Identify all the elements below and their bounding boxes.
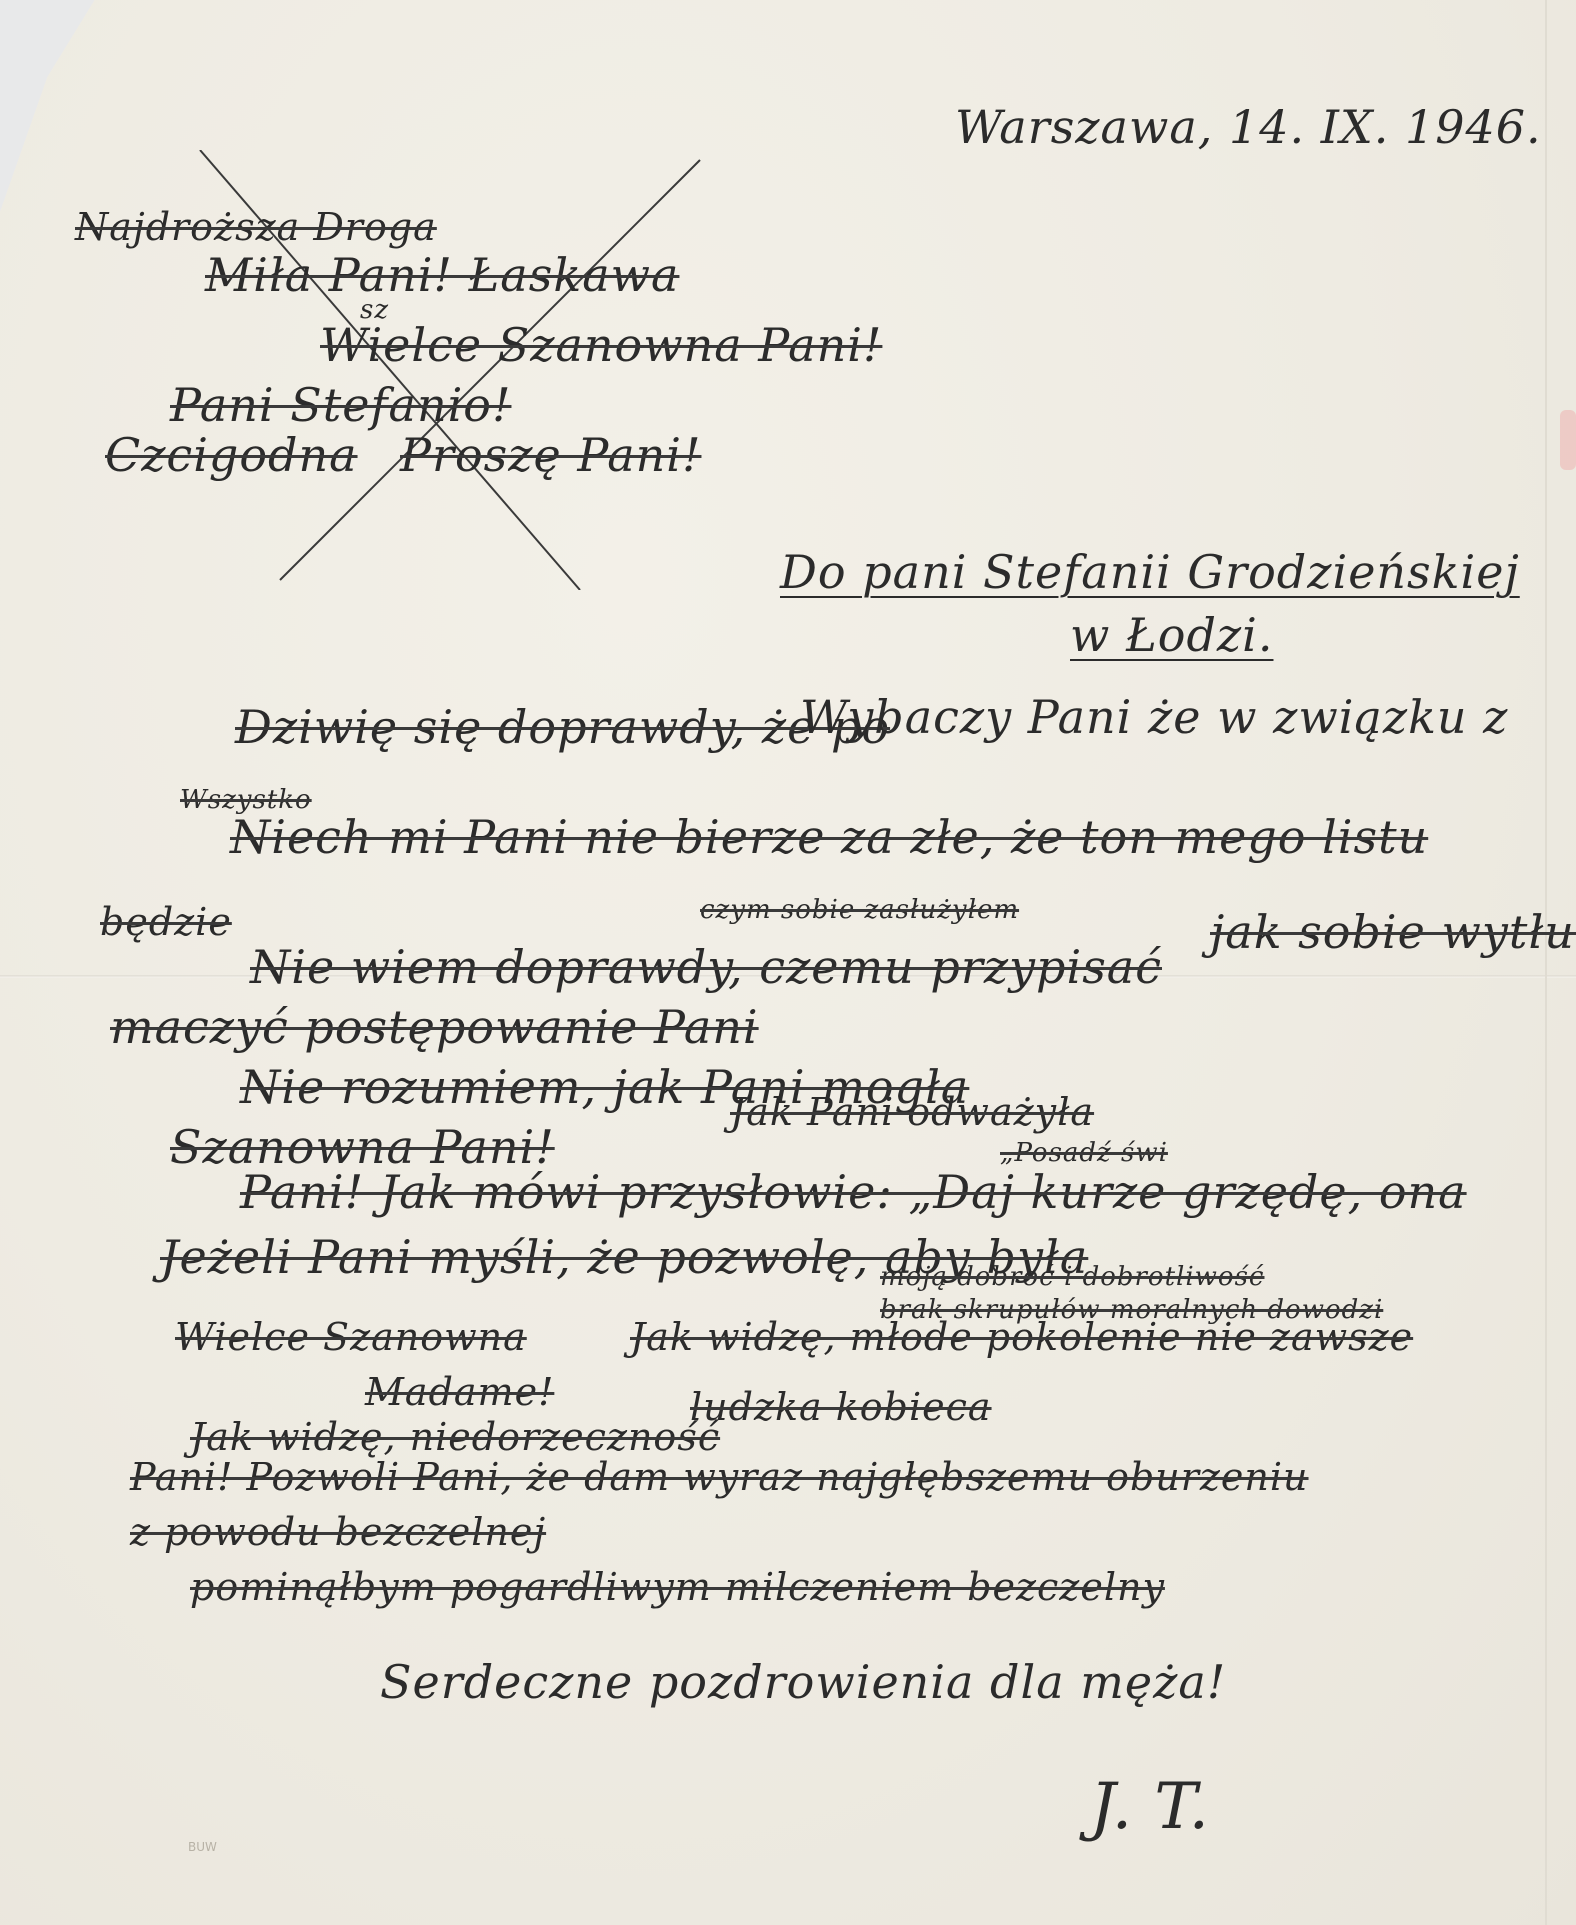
salutation-crossed: Miła Pani! Łaskawa bbox=[205, 248, 679, 302]
body-line: Nie wiem doprawdy, czemu przypisać bbox=[250, 940, 1162, 994]
body-line: Jak widzę, niedorzeczność bbox=[190, 1415, 720, 1459]
address-line-2: w Łodzi. bbox=[1070, 608, 1273, 662]
body-line: pominąłbym pogardliwym milczeniem bezcze… bbox=[190, 1565, 1165, 1609]
salutation-crossed: Najdroższa Droga bbox=[75, 205, 437, 249]
body-line: moją dobroć i dobrotliwość bbox=[880, 1262, 1264, 1292]
body-line: Jak Pani odważyła bbox=[730, 1090, 1094, 1134]
body-line: Dziwię się doprawdy, że po bbox=[235, 700, 890, 754]
salutation-crossed: Pani Stefanio! bbox=[170, 378, 511, 432]
salutation-crossed: Wielce Szanowna Pani! bbox=[320, 318, 882, 372]
stain-mark bbox=[1560, 410, 1576, 470]
signature: J. T. bbox=[1090, 1770, 1210, 1844]
body-line: Madame! bbox=[365, 1370, 554, 1414]
body-line: maczyć postępowanie Pani bbox=[110, 1000, 759, 1054]
body-line: Pani! Pozwoli Pani, że dam wyraz najgłęb… bbox=[130, 1455, 1309, 1499]
closing-greeting: Serdeczne pozdrowienia dla męża! bbox=[380, 1655, 1226, 1709]
body-line: jak sobie wytłu- bbox=[1210, 905, 1576, 959]
salutation-crossed: Czcigodna bbox=[105, 428, 358, 482]
body-line: będzie bbox=[100, 900, 232, 944]
body-line: czym sobie zasłużyłem bbox=[700, 895, 1019, 925]
body-line: ludzka kobieca bbox=[690, 1385, 992, 1429]
body-line: „Posadź świ bbox=[1000, 1138, 1168, 1168]
salutation-crossed: Proszę Pani! bbox=[400, 428, 701, 482]
vertical-fold-line bbox=[1545, 0, 1547, 1925]
body-line: Wybaczy Pani że w związku z bbox=[800, 690, 1508, 744]
body-line: Pani! Jak mówi przysłowie: „Daj kurze gr… bbox=[240, 1165, 1467, 1219]
body-line: Niech mi Pani nie bierze za złe, że ton … bbox=[230, 810, 1428, 864]
place-date: Warszawa, 14. IX. 1946. bbox=[955, 100, 1542, 154]
body-line: z powodu bezczelnej bbox=[130, 1510, 546, 1554]
address-line-1: Do pani Stefanii Grodzieńskiej bbox=[780, 545, 1520, 599]
library-stamp: BUW bbox=[188, 1840, 217, 1854]
body-line: Wielce Szanowna bbox=[175, 1315, 527, 1359]
body-line: Jak widzę, młode pokolenie nie zawsze bbox=[630, 1315, 1413, 1359]
